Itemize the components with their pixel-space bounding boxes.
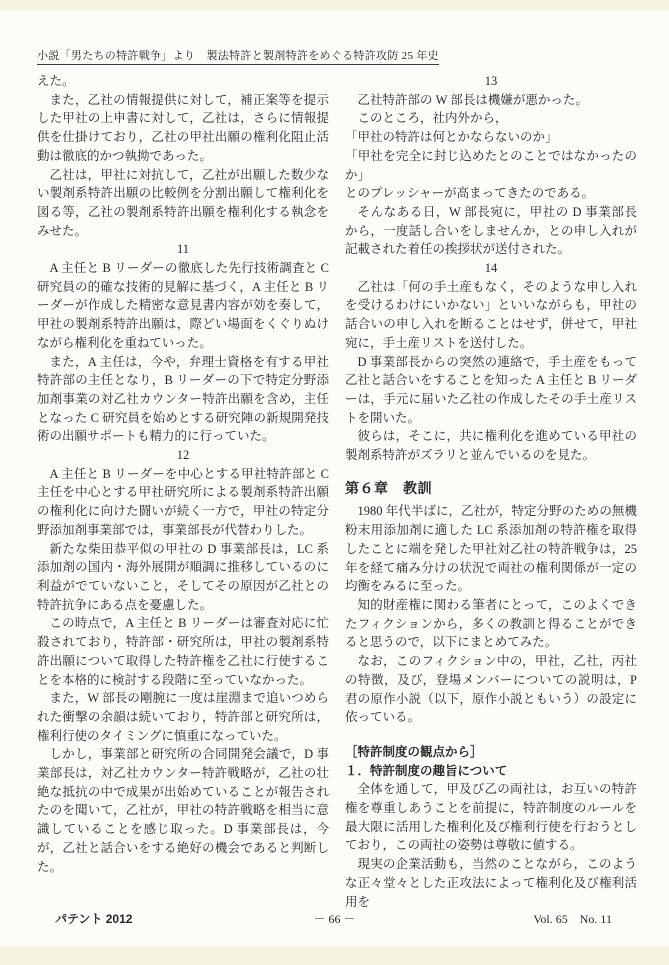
two-column-body: えた。 また，乙社の情報提供に対して，補正案等を提示した甲社の上申書に対して，乙… [37, 72, 637, 911]
page-header-title: 小説「男たちの特許戦争」より 製法特許と製剤特許をめぐる特許攻防 25 年史 [37, 50, 439, 65]
chapter-heading: 第６章 教訓 [345, 479, 637, 498]
paragraph: このところ，社内外から， [345, 109, 637, 128]
subsection-heading-bracketed: ［特許制度の観点から］ [345, 743, 637, 762]
paragraph-continuation: とのプレッシャーが高まってきたのである。 [345, 184, 637, 203]
paragraph: A 主任と B リーダーの徹底した先行技術調査と C 研究員の的確な技術的見解に… [37, 259, 329, 353]
paragraph: 彼らは，そこに，共に権利化を進めている甲社の製剤系特許がズラリと並んでいるのを見… [345, 427, 637, 464]
paragraph: 乙社は，甲社に対抗して，乙社が出願した数少ない製剤系特許出願の比較例を分割出願し… [37, 166, 329, 241]
paragraph: また，W 部長の剛腕に一度は崖淵まで追いつめられた衝撃の余韻は続いており，特許部… [37, 689, 329, 745]
paragraph: A 主任と B リーダーを中心とする甲社特許部と C 主任を中心とする甲社研究所… [37, 465, 329, 540]
paragraph: 新たな柴田恭平似の甲社の D 事業部長は，LC 系添加剤の国内・海外展開が順調に… [37, 540, 329, 615]
document-page: 小説「男たちの特許戦争」より 製法特許と製剤特許をめぐる特許攻防 25 年史 え… [0, 10, 669, 946]
paragraph: また，乙社の情報提供に対して，補正案等を提示した甲社の上申書に対して，乙社は，さ… [37, 91, 329, 166]
paragraph: また，A 主任は，今や，弁理士資格を有する甲社特許部の主任となり，B リーダーの… [37, 353, 329, 447]
left-column: えた。 また，乙社の情報提供に対して，補正案等を提示した甲社の上申書に対して，乙… [37, 72, 329, 911]
paragraph: 現実の企業活動も，当然のことながら，このような正々堂々とした正攻法によって権利化… [345, 855, 637, 911]
paragraph: 乙社は「何の手土産もなく，そのような申し入れを受けるわけにいかない」といいながら… [345, 278, 637, 353]
paragraph-continuation: えた。 [37, 72, 329, 91]
running-header: 小説「男たちの特許戦争」より 製法特許と製剤特許をめぐる特許攻防 25 年史 [37, 46, 637, 64]
subsection-heading-numbered: １．特許制度の趣旨について [345, 762, 637, 781]
paragraph: しかし，事業部と研究所の合同開発会議で，D 事業部長は，対乙社カウンター特許戦略… [37, 745, 329, 876]
page-footer: パテント 2012 － 66 － Vol. 65 No. 11 [0, 910, 669, 930]
paragraph: なお，このフィクション中の，甲社，乙社，丙社の特徴，及び，登場メンバーについての… [345, 652, 637, 727]
quoted-line: 「甲社を完全に封じ込めたとのことではなかったのか」 [345, 147, 637, 184]
paragraph: そんなある日，W 部長宛に，甲社の D 事業部長から，一度話し合いをしませんか，… [345, 203, 637, 259]
paragraph: 全体を通して，甲及び乙の両社は，お互いの特許権を尊重しあうことを前提に，特許制度… [345, 780, 637, 855]
footer-volume-number: Vol. 65 No. 11 [533, 910, 612, 927]
section-number-12: 12 [37, 446, 329, 465]
section-number-14: 14 [345, 259, 637, 278]
paragraph: 知的財産権に関わる筆者にとって，このよくできたフィクションから，多くの教訓と得る… [345, 596, 637, 652]
paragraph: D 事業部長からの突然の連絡で，手土産をもって乙社と話合いをすることを知った A… [345, 353, 637, 428]
paragraph: 乙社特許部の W 部長は機嫌が悪かった。 [345, 91, 637, 110]
paragraph: 1980 年代半ばに，乙社が，特定分野のための無機粉末用添加剤に適した LC 系… [345, 502, 637, 596]
section-number-11: 11 [37, 240, 329, 259]
section-number-13: 13 [345, 72, 637, 91]
paragraph: この時点で，A 主任と B リーダーは審査対応に忙殺されており，特許部・研究所は… [37, 614, 329, 689]
quoted-line: 「甲社の特許は何とかならないのか」 [345, 128, 637, 147]
right-column: 13 乙社特許部の W 部長は機嫌が悪かった。 このところ，社内外から， 「甲社… [345, 72, 637, 911]
